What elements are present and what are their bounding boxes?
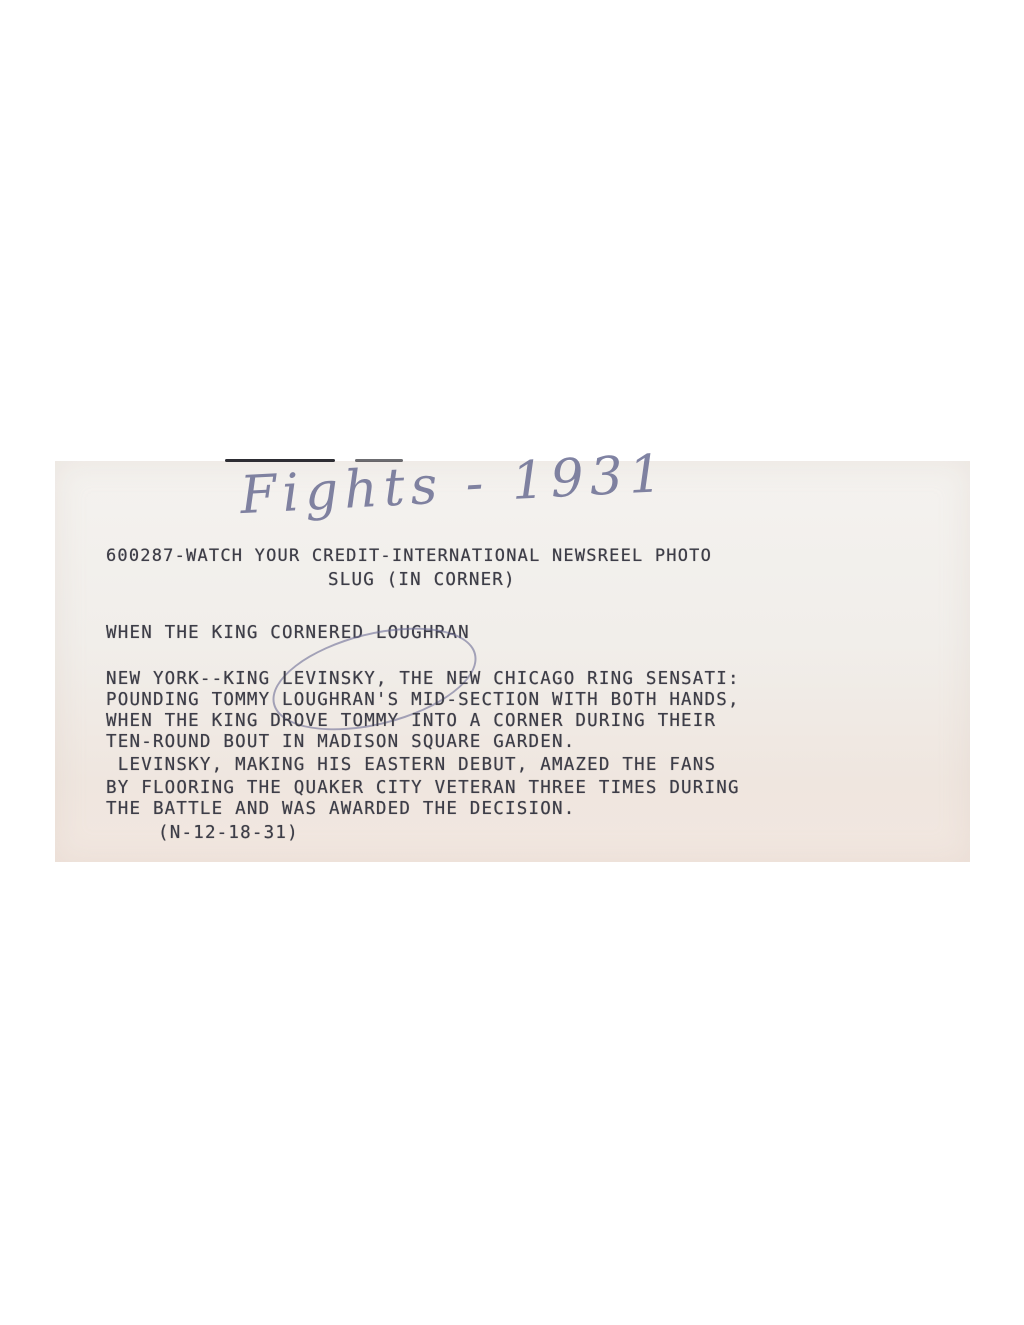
newsreel-caption-clipping: Fights - 1931 600287-WATCH YOUR CREDIT-I…	[55, 461, 970, 862]
handwritten-note: Fights - 1931	[239, 444, 670, 526]
caption-body-line: BY FLOORING THE QUAKER CITY VETERAN THRE…	[106, 778, 740, 799]
caption-header-line2: SLUG (IN CORNER)	[328, 570, 516, 591]
caption-body-line: NEW YORK--KING LEVINSKY, THE NEW CHICAGO…	[106, 669, 740, 690]
caption-body-line: THE BATTLE AND WAS AWARDED THE DECISION.	[106, 799, 575, 820]
caption-body-line: POUNDING TOMMY LOUGHRAN'S MID-SECTION WI…	[106, 690, 740, 711]
caption-body-line: WHEN THE KING DROVE TOMMY INTO A CORNER …	[106, 711, 716, 732]
caption-body-line: LEVINSKY, MAKING HIS EASTERN DEBUT, AMAZ…	[106, 755, 716, 776]
caption-body-line: TEN-ROUND BOUT IN MADISON SQUARE GARDEN.	[106, 732, 575, 753]
caption-date-code: (N-12-18-31)	[158, 823, 299, 844]
caption-header-line1: 600287-WATCH YOUR CREDIT-INTERNATIONAL N…	[106, 546, 712, 567]
